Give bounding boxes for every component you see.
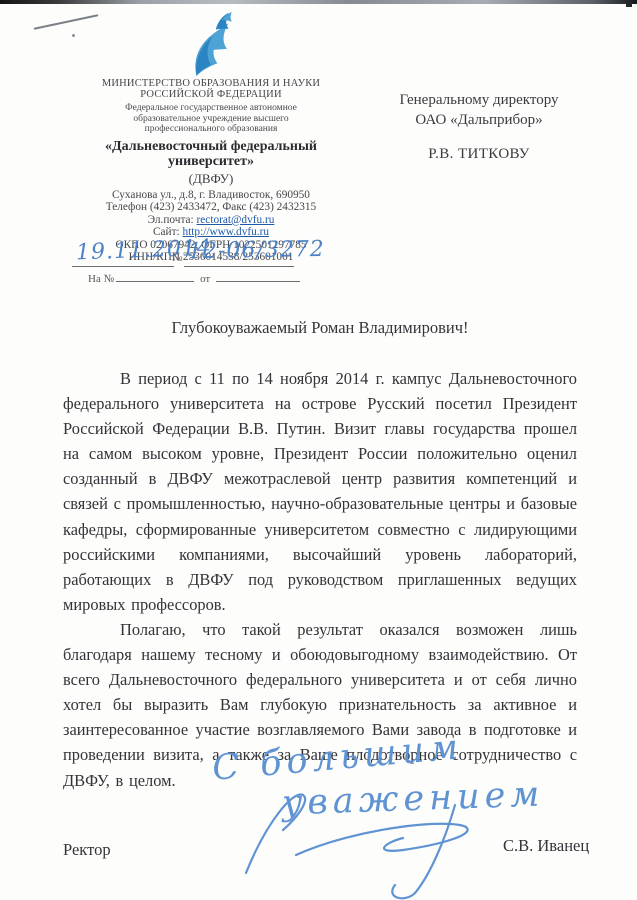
scan-edge-artifact: [0, 0, 637, 4]
dvfu-logo-icon: [187, 12, 235, 76]
signature-flourish: [238, 773, 498, 900]
ministry-line-2: РОССИЙСКОЙ ФЕДЕРАЦИИ: [58, 89, 364, 100]
email-label: Эл.почта:: [148, 214, 194, 226]
date-underline: [72, 266, 174, 267]
scan-corner-artifact: [626, 2, 632, 7]
ministry-line-1: МИНИСТЕРСТВО ОБРАЗОВАНИЯ И НАУКИ: [58, 78, 364, 89]
reply-number-blank: [116, 271, 194, 282]
org-type-line-3: профессионального образования: [58, 124, 364, 135]
phone-fax-line: Телефон (423) 2433472, Факс (423) 243231…: [58, 201, 364, 214]
reply-to-label: На №: [88, 273, 114, 285]
number-underline: [184, 266, 294, 267]
letter-body: В период с 11 по 14 ноября 2014 г. кампу…: [63, 366, 577, 793]
addressee-block: Генеральному директору ОАО «Дальприбор» …: [370, 90, 588, 164]
paragraph-1: В период с 11 по 14 ноября 2014 г. кампу…: [63, 366, 577, 617]
dvfu-logo: [58, 8, 364, 78]
signer-name: С.В. Иванец: [503, 836, 589, 856]
addressee-position-line-2: ОАО «Дальприбор»: [370, 110, 588, 130]
scanned-letter-page: МИНИСТЕРСТВО ОБРАЗОВАНИЯ И НАУКИ РОССИЙС…: [0, 0, 637, 900]
reply-reference-row: На №от: [88, 271, 300, 285]
org-type-line-1: Федеральное государственное автономное: [58, 103, 364, 114]
reply-date-blank: [216, 271, 300, 282]
salutation: Глубокоуважаемый Роман Владимирович!: [63, 318, 577, 338]
number-sign: №: [172, 252, 183, 264]
reply-from-label: от: [200, 273, 210, 285]
signer-position: Ректор: [63, 840, 111, 860]
addressee-name: Р.В. ТИТКОВУ: [370, 144, 588, 164]
university-name-line-2: университет»: [58, 154, 364, 170]
university-name-line-1: «Дальневосточный федеральный: [58, 139, 364, 155]
letterhead: МИНИСТЕРСТВО ОБРАЗОВАНИЯ И НАУКИ РОССИЙС…: [58, 8, 364, 264]
addressee-position-line-1: Генеральному директору: [370, 90, 588, 110]
org-type-line-2: образовательное учреждение высшего: [58, 114, 364, 125]
email-link: rectorat@dvfu.ru: [197, 214, 275, 226]
handwritten-number: 12-06/3272: [188, 237, 325, 264]
address-line: Суханова ул., д.8, г. Владивосток, 69095…: [58, 189, 364, 202]
email-line: Эл.почта: rectorat@dvfu.ru: [58, 214, 364, 227]
university-abbr: (ДВФУ): [58, 172, 364, 186]
